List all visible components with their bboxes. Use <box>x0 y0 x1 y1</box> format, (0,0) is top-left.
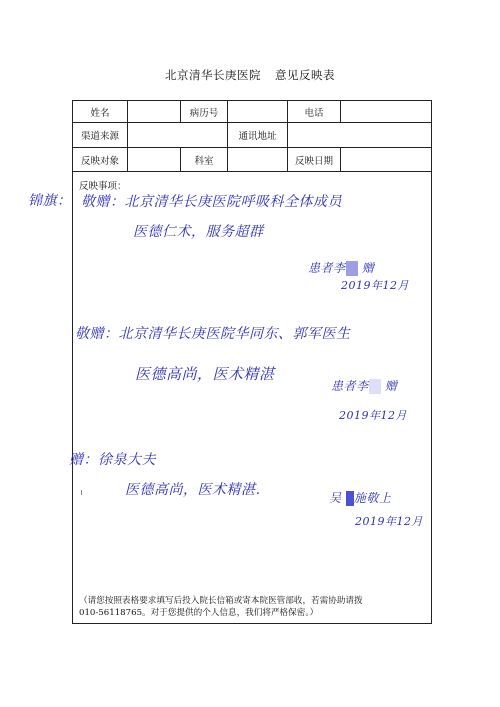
signer-suffix: 赠 <box>385 379 398 393</box>
footnote-line-2: 010-56118765。对于您提供的个人信息，我们将严格保密。） <box>79 607 429 619</box>
redaction-mark <box>369 379 381 394</box>
margin-note: 锦旗： <box>28 190 72 210</box>
entry-2-date: 2019年12月 <box>339 407 407 423</box>
label-name: 姓名 <box>73 101 128 122</box>
entry-3-date: 2019年12月 <box>355 513 423 529</box>
entry-3-line-1: 赠：徐泉大夫 <box>69 449 156 469</box>
label-subject: 反映对象 <box>73 148 128 171</box>
signer-suffix: 赠 <box>362 261 375 275</box>
title-hospital: 北京清华长庚医院 <box>165 68 261 82</box>
form-row-2: 渠道来源 通讯地址 <box>73 123 431 148</box>
redaction-mark <box>346 261 358 276</box>
signer-prefix: 患者李 <box>331 379 369 393</box>
form-row-3: 反映对象 科室 反映日期 <box>73 148 431 172</box>
field-address[interactable] <box>288 123 431 147</box>
label-date: 反映日期 <box>288 148 341 171</box>
title-form: 意见反映表 <box>275 68 335 82</box>
entry-3-line-2: 医德高尚，医术精湛． <box>125 479 270 499</box>
field-channel[interactable] <box>128 123 228 147</box>
feedback-form: 姓名 病历号 电话 渠道来源 通讯地址 反映对象 科室 反映日期 反映事项： 敬… <box>72 100 432 624</box>
content-label: 反映事项： <box>79 178 127 192</box>
label-phone: 电话 <box>288 101 341 122</box>
label-department: 科室 <box>181 148 228 171</box>
entry-1-line-2: 医德仁术，服务超群 <box>133 221 264 241</box>
footnote-line-1: （请您按照表格要求填写后投入院长信箱或寄本院医管部收，若需协助请拨 <box>79 595 429 607</box>
field-department[interactable] <box>228 148 288 171</box>
label-address: 通讯地址 <box>228 123 288 147</box>
entry-1-signature: 患者李 赠 <box>308 259 374 276</box>
entry-1-date: 2019年12月 <box>341 277 409 293</box>
entry-2-line-1: 敬赠：北京清华长庚医院华同东、郭军医生 <box>75 323 351 343</box>
page-title: 北京清华长庚医院意见反映表 <box>0 67 500 83</box>
field-date[interactable] <box>341 148 431 171</box>
field-subject[interactable] <box>128 148 181 171</box>
label-channel: 渠道来源 <box>73 123 128 147</box>
entry-1-line-1: 敬赠：北京清华长庚医院呼吸科全体成员 <box>81 191 342 211</box>
signer-suffix: 施敬上 <box>354 491 392 505</box>
redaction-mark <box>346 491 354 506</box>
entry-3-signature: 吴 施敬上 <box>329 489 391 506</box>
stray-mark <box>81 490 82 495</box>
field-name[interactable] <box>128 101 181 122</box>
entry-2-signature: 患者李 赠 <box>331 377 397 394</box>
field-phone[interactable] <box>341 101 431 122</box>
label-record-number: 病历号 <box>181 101 228 122</box>
signer-prefix: 吴 <box>329 491 342 505</box>
footnote: （请您按照表格要求填写后投入院长信箱或寄本院医管部收，若需协助请拨 010-56… <box>79 595 429 619</box>
signer-prefix: 患者李 <box>308 261 346 275</box>
entry-2-line-2: 医德高尚，医术精湛 <box>135 363 275 384</box>
field-record-number[interactable] <box>228 101 288 122</box>
form-row-1: 姓名 病历号 电话 <box>73 101 431 123</box>
